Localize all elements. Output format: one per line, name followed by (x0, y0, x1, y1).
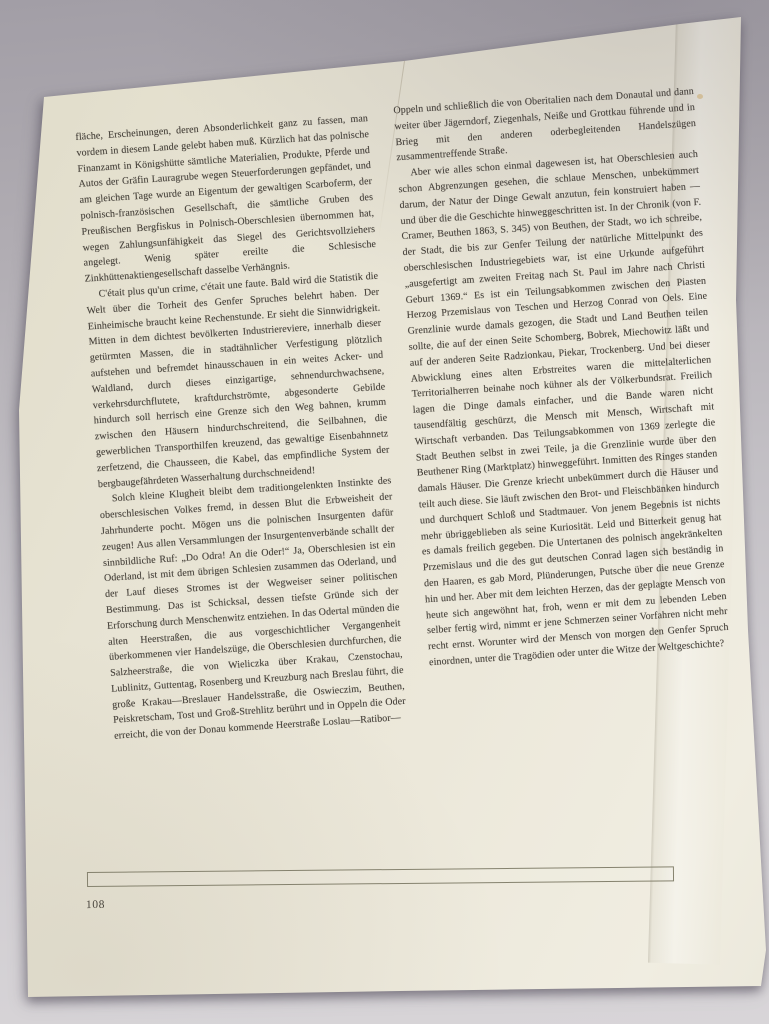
text-column-right: Oppeln und schließlich die von Oberitali… (393, 84, 730, 671)
paragraph: Aber wie alles schon einmal dagewesen is… (397, 147, 730, 671)
paper-stain (550, 26, 557, 32)
paragraph: C'était plus qu'un crime, c'était une fa… (85, 269, 391, 493)
paragraph: Solch kleine Klugheit bleibt dem traditi… (98, 474, 407, 745)
printed-text-block: fläche, Erscheinungen, deren Absonderlic… (74, 73, 759, 833)
photo-backdrop: fläche, Erscheinungen, deren Absonderlic… (0, 0, 769, 1024)
footer-rule-box (87, 866, 674, 887)
paragraph: fläche, Erscheinungen, deren Absonderlic… (75, 111, 378, 288)
text-column-left: fläche, Erscheinungen, deren Absonderlic… (75, 111, 407, 745)
top-edge-discoloration (60, 37, 420, 76)
document-page: fläche, Erscheinungen, deren Absonderlic… (0, 0, 769, 1024)
document-page-wrap: fläche, Erscheinungen, deren Absonderlic… (0, 0, 769, 1024)
page-number: 108 (86, 899, 105, 911)
